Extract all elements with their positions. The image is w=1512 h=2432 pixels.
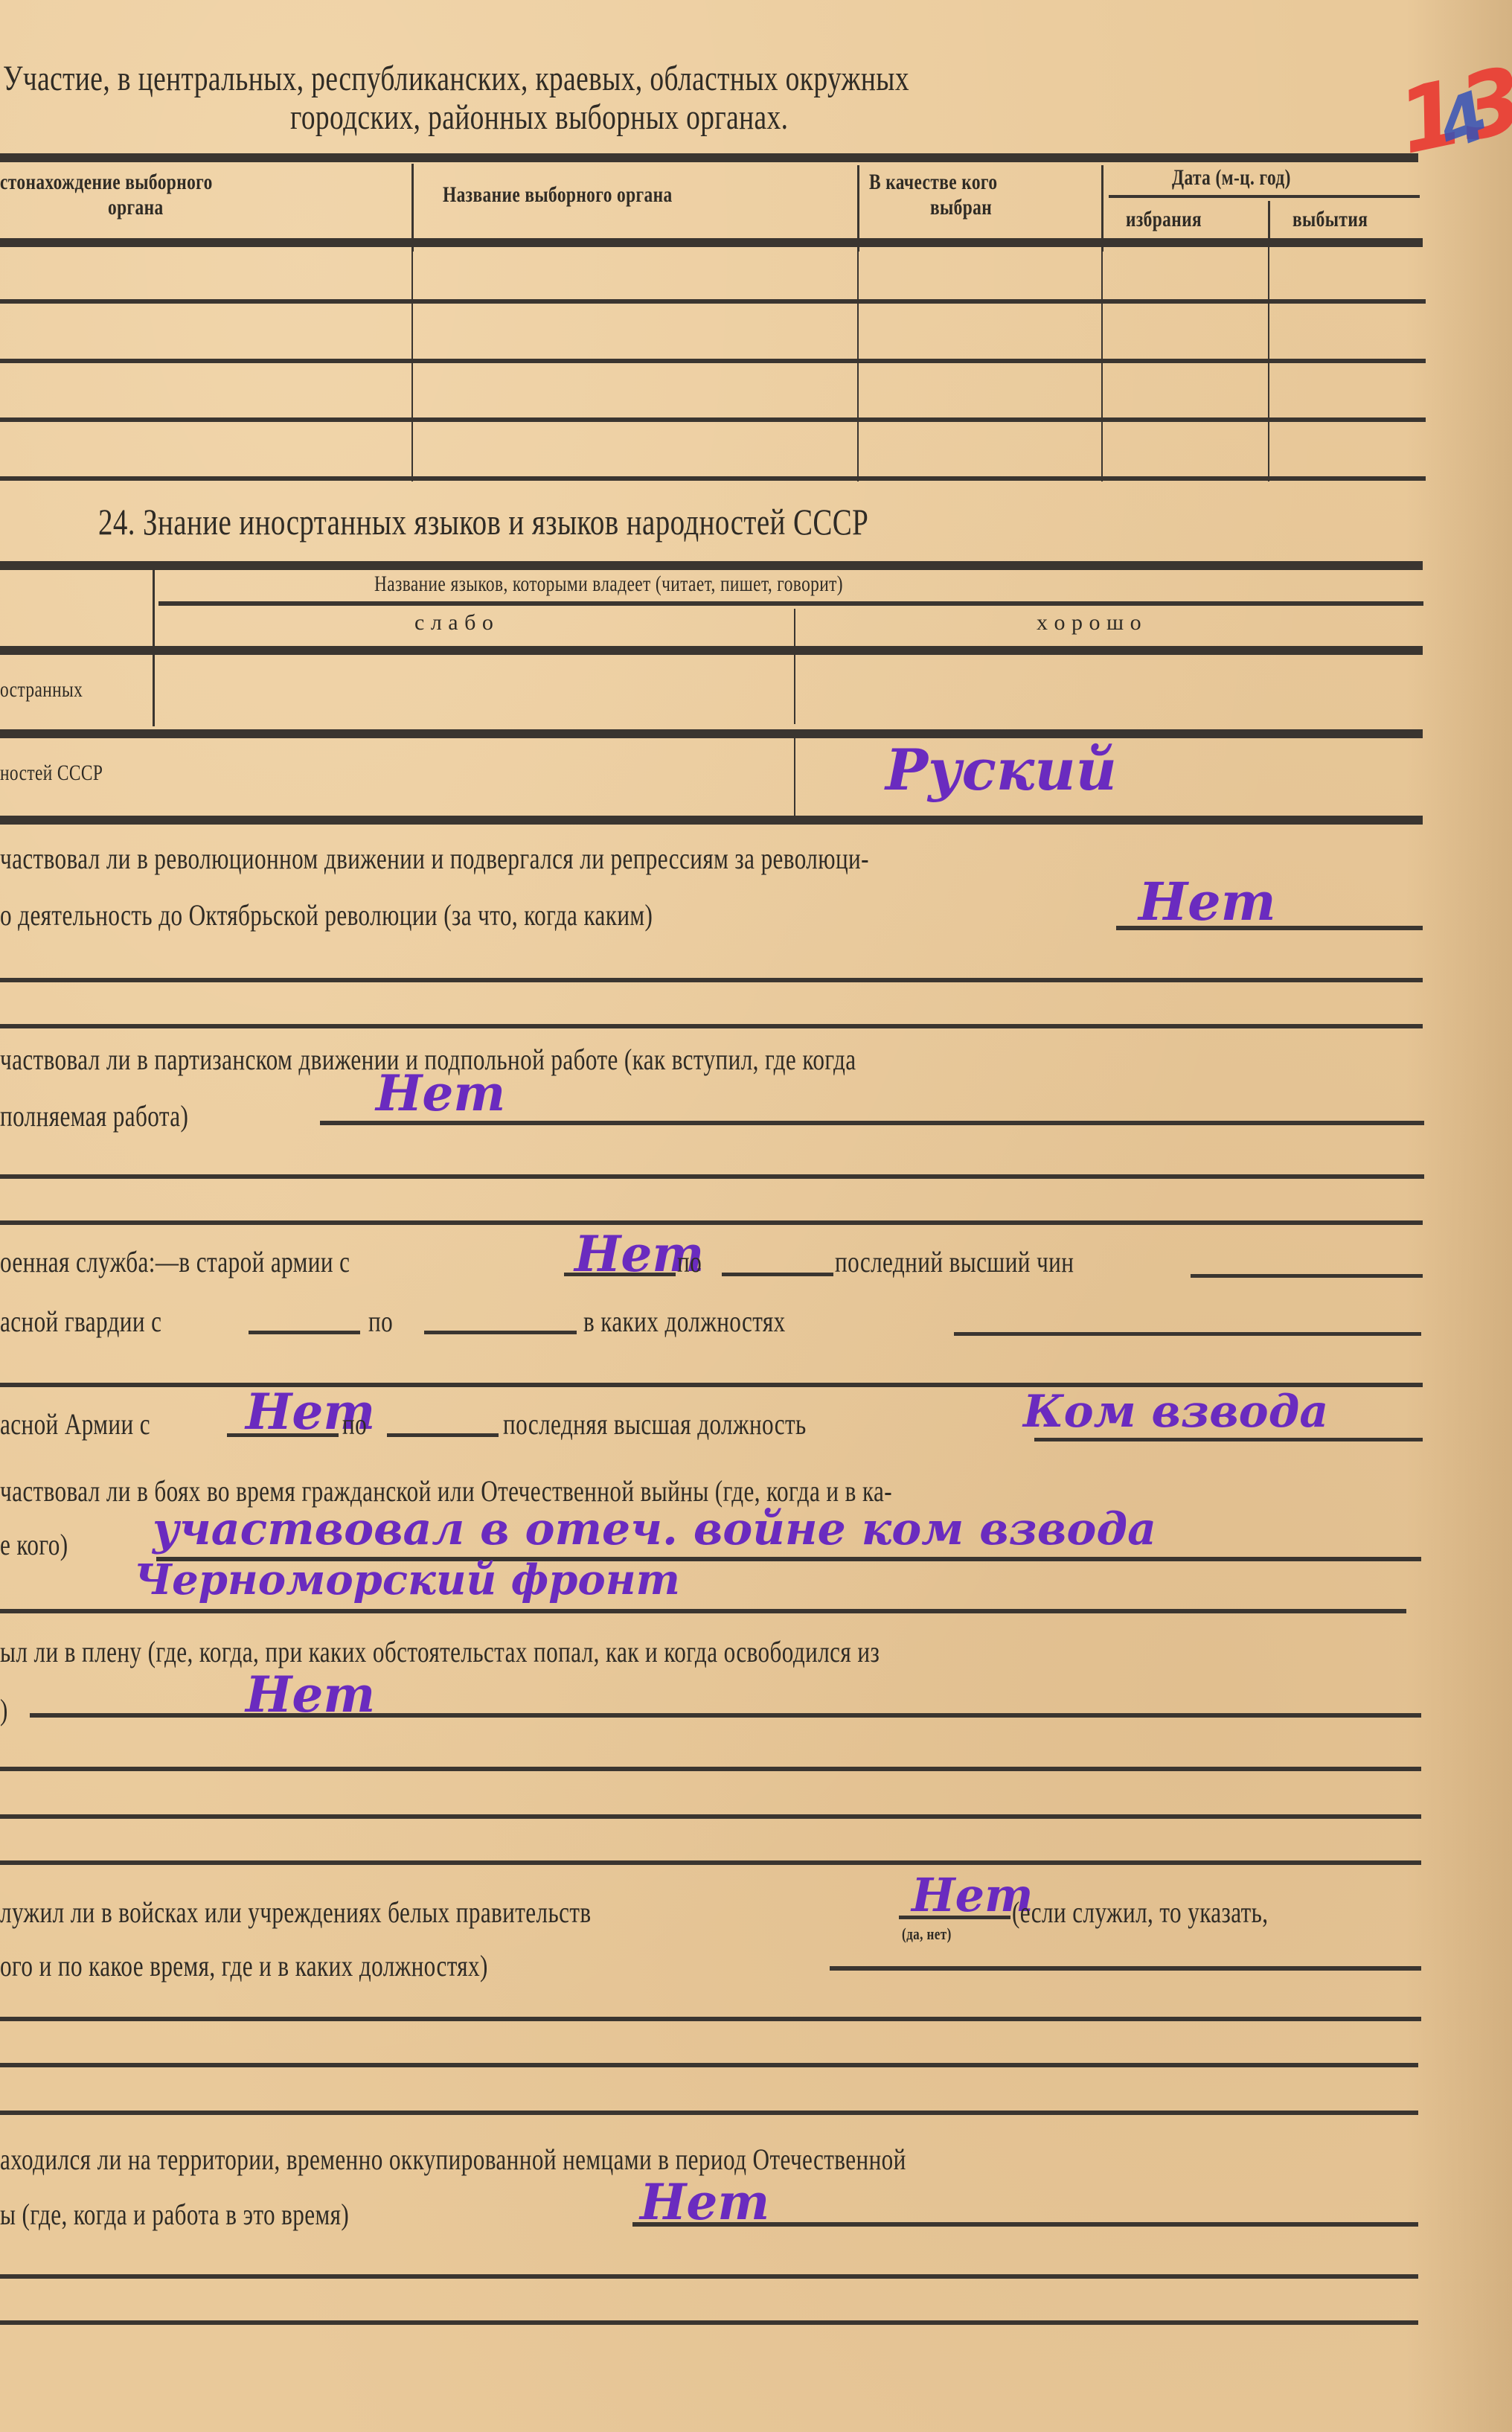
row-rule xyxy=(0,729,1423,738)
question-text: о деятельность до Октябрьской революции … xyxy=(0,897,653,932)
question-text: ыл ли в плену (где, когда, при каких обс… xyxy=(0,1634,880,1669)
column-header-weak: с л а б о xyxy=(414,610,493,636)
answer-line xyxy=(830,1966,1421,1971)
answer-line xyxy=(0,2017,1421,2021)
table-row-rule xyxy=(0,417,1426,422)
answer-line xyxy=(0,2111,1418,2115)
table-top-rule xyxy=(0,561,1423,570)
table-header-rule xyxy=(0,238,1423,247)
answer-line xyxy=(320,1121,1424,1125)
answer-line xyxy=(899,1916,1010,1919)
column-divider xyxy=(411,247,413,481)
header-bottom-rule xyxy=(0,646,1423,655)
answer-line xyxy=(0,1860,1421,1865)
column-header-left: выбытия xyxy=(1292,207,1368,232)
column-header-name: Название выборного органа xyxy=(443,182,673,208)
section-title: 24. Знание иносртанных языков и языков н… xyxy=(98,500,868,543)
column-header-date: Дата (м-ц. год) xyxy=(1172,165,1291,191)
answer-line xyxy=(1191,1274,1423,1278)
answer-line xyxy=(0,1767,1421,1771)
table-row-rule xyxy=(0,476,1426,481)
po-label: по xyxy=(677,1244,702,1279)
red-army-label: асной Армии с xyxy=(0,1407,150,1441)
column-header-good: х о р о ш о xyxy=(1037,610,1141,636)
hint-yes-no: (да, нет) xyxy=(902,1924,952,1944)
row-label-foreign: остранных xyxy=(0,677,83,703)
answer-line xyxy=(227,1433,339,1437)
question-text: ого и по какое время, где и в каких долж… xyxy=(0,1948,488,1983)
answer-line xyxy=(0,1024,1423,1028)
answer-line xyxy=(954,1332,1421,1336)
red-guard-po-label: по xyxy=(368,1304,393,1339)
answer-line xyxy=(0,1174,1424,1179)
header-rule xyxy=(158,601,1423,606)
old-army-label: оенная служба:—в старой армии с xyxy=(0,1244,350,1279)
answer-line xyxy=(0,978,1423,982)
date-subheader-rule xyxy=(1109,195,1420,198)
handwritten-language-good: Руский xyxy=(885,737,1117,803)
column-divider xyxy=(1101,247,1103,481)
answer-line xyxy=(632,2222,1418,2227)
answer-line xyxy=(1034,1438,1423,1441)
table-row-rule xyxy=(0,299,1426,304)
answer-line xyxy=(0,2063,1418,2067)
question-text: лужил ли в войсках или учреждениях белых… xyxy=(0,1895,591,1930)
answer-line xyxy=(0,2274,1418,2279)
red-army-po-label: по xyxy=(342,1407,367,1441)
answer-line xyxy=(722,1273,833,1276)
section-title-line2: городских, районных выборных органах. xyxy=(290,97,788,138)
red-army-position-label: последняя высшая должность xyxy=(503,1407,807,1441)
answer-line xyxy=(0,1814,1421,1819)
table-top-rule xyxy=(0,153,1418,162)
answer-line xyxy=(424,1331,577,1334)
old-army-rank-label: последний высший чин xyxy=(835,1244,1074,1279)
question-text: (если служил, то указать, xyxy=(1012,1895,1269,1930)
column-header-location: стонахождение выборного xyxy=(0,170,213,195)
row-label-ussr: ностей СССР xyxy=(0,761,103,786)
answer-line xyxy=(0,1220,1423,1225)
question-text: е кого) xyxy=(0,1527,68,1562)
column-header-languages: Название языков, которыми владеет (читае… xyxy=(374,572,843,597)
red-guard-positions-label: в каких должностях xyxy=(583,1304,786,1339)
table-bottom-rule xyxy=(0,816,1423,825)
question-text: аходился ли на территории, временно окку… xyxy=(0,2142,906,2177)
question-text: полняемая работа) xyxy=(0,1098,188,1133)
column-divider xyxy=(1268,247,1269,481)
table-row-rule xyxy=(0,359,1426,363)
answer-line xyxy=(249,1331,360,1334)
question-text: ы (где, когда и работа в это время) xyxy=(0,2197,349,2232)
question-text: ) xyxy=(0,1692,8,1727)
column-header-as-whom-2: выбран xyxy=(930,195,992,220)
column-divider xyxy=(794,609,795,724)
answer-line xyxy=(30,1713,1421,1718)
handwritten-answer-line2: Черноморский фронт xyxy=(134,1555,680,1604)
question-text: частвовал ли в революционном движении и … xyxy=(0,841,869,876)
answer-line xyxy=(1116,926,1423,930)
column-header-elected: избрания xyxy=(1126,207,1202,232)
answer-line xyxy=(387,1433,499,1437)
column-header-location-2: органа xyxy=(108,195,164,220)
handwritten-answer-line1: участвовал в отеч. войне ком взвода xyxy=(153,1503,1156,1555)
handwritten-answer: Нет xyxy=(376,1064,505,1122)
section-title-line1: Участие, в центральных, республиканских,… xyxy=(3,58,909,99)
answer-line xyxy=(0,1609,1406,1613)
handwritten-answer: Нет xyxy=(1138,871,1276,932)
column-divider xyxy=(857,247,859,481)
red-guard-label: асной гвардии с xyxy=(0,1304,161,1339)
answer-line xyxy=(564,1273,676,1276)
column-header-as-whom: В качестве кого xyxy=(869,170,997,195)
answer-line xyxy=(0,2320,1418,2325)
column-divider xyxy=(794,737,795,819)
handwritten-red-army-position: Ком взвода xyxy=(1023,1386,1328,1438)
